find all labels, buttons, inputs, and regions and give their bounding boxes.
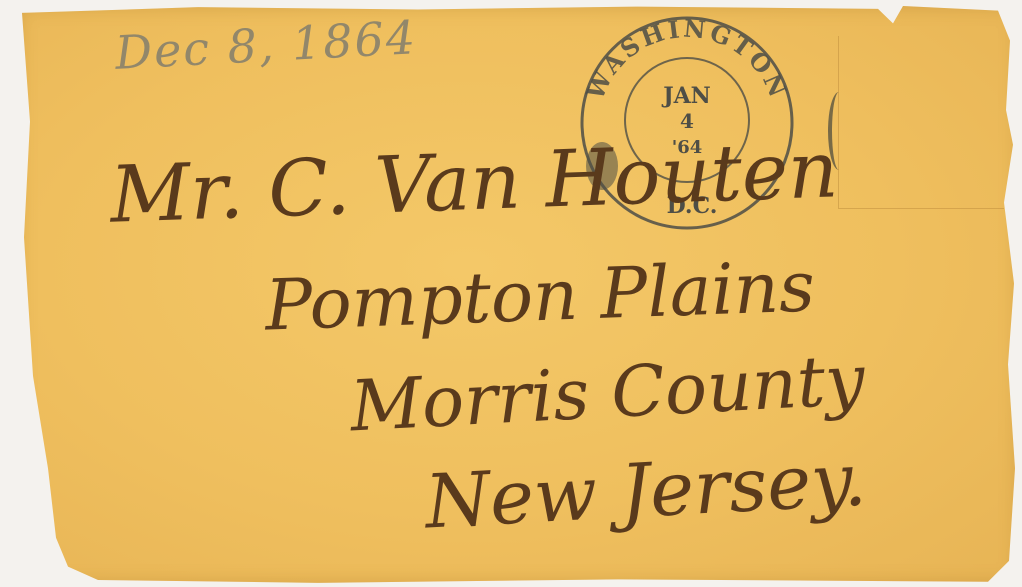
envelope-flap-edge (838, 36, 1004, 209)
postmark-month: JAN (661, 83, 711, 109)
